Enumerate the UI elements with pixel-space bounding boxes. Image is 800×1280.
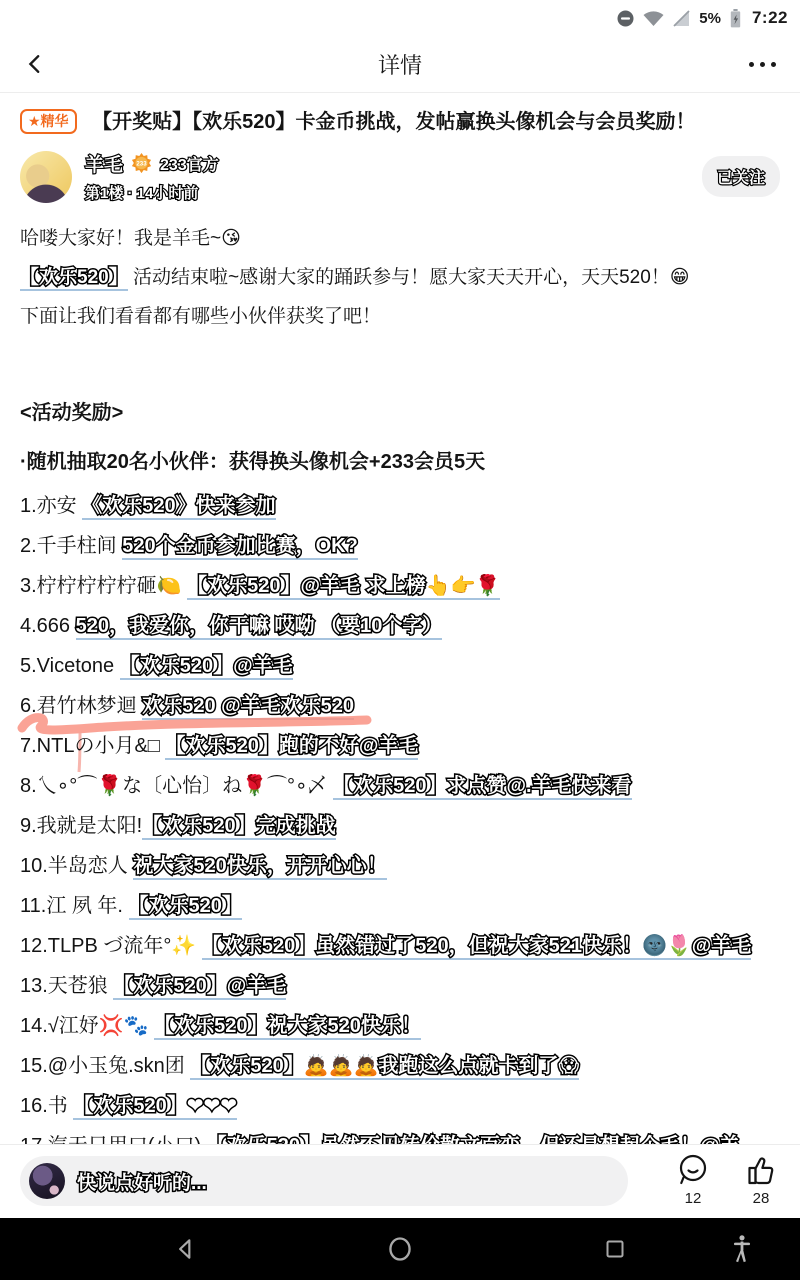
plain-text: 哈喽大家好！我是羊毛~😘: [20, 228, 241, 249]
plain-text: 6.君竹林梦迴: [20, 695, 142, 717]
winner-item: 11.江 夙 年. 【欢乐520】: [20, 886, 780, 926]
plain-text: 15.@小玉兔.skn团: [20, 1055, 190, 1077]
plain-text: 8.乀∘°⌒🌹な〔心怡〕ね🌹⌒°∘乄: [20, 775, 333, 797]
plain-text: 4.666: [20, 615, 76, 637]
winner-item: 1.亦安 《欢乐520》快来参加: [20, 486, 780, 526]
quoted-post-link[interactable]: 【欢乐520】@羊毛: [113, 975, 286, 1000]
post-body: 哈喽大家好！我是羊毛~😘【欢乐520】 活动结束啦~感谢大家的踊跃参与！愿大家天…: [20, 219, 780, 336]
my-avatar: [29, 1163, 65, 1199]
quoted-post-link[interactable]: 【欢乐520】🙇🙇🙇我跑这么点就卡到了😱: [190, 1055, 579, 1080]
battery-charging-icon: [730, 9, 741, 28]
winner-item: 5.Vicetone 【欢乐520】@羊毛: [20, 646, 780, 686]
plain-text: 1.亦安: [20, 495, 82, 517]
plain-text: 11.江 夙 年.: [20, 895, 129, 917]
quoted-post-link[interactable]: 【欢乐520】虽然错过了520，但祝大家521快乐！🌚🌷@羊毛: [202, 935, 751, 960]
author-avatar[interactable]: [20, 151, 72, 203]
quoted-post-link[interactable]: 【欢乐520】: [129, 895, 242, 920]
nav-back-button[interactable]: [155, 1218, 215, 1280]
quoted-post-link[interactable]: 520，我爱你，你干嘛 哎呦 （要10个字）: [76, 615, 443, 640]
status-bar: 5% 7:22: [0, 0, 800, 36]
nav-recents-button[interactable]: [585, 1218, 645, 1280]
plain-text: 10.半岛恋人: [20, 855, 133, 877]
post-detail: ★精华 【开奖贴】【欢乐520】卡金币挑战，发帖赢换头像机会与会员奖励！ 羊毛 …: [0, 93, 800, 1145]
app-header: 详情: [0, 36, 800, 93]
quoted-post-link[interactable]: 【欢乐520】@羊毛 求上榜👆👉🌹: [187, 575, 500, 600]
author-info: 羊毛 233 233官方 第1楼 · 14小时前: [85, 150, 219, 203]
back-icon: [24, 53, 46, 75]
plain-text: 2.千手柱间: [20, 535, 122, 557]
post-title-text: 【开奖贴】【欢乐520】卡金币挑战，发帖赢换头像机会与会员奖励！: [92, 111, 695, 133]
no-signal-icon: [673, 10, 690, 27]
overflow-dot: [760, 62, 765, 67]
comment-count: 12: [685, 1190, 702, 1207]
nav-accessibility-button[interactable]: [712, 1218, 772, 1280]
winner-item: 16.书 【欢乐520】❤❤❤: [20, 1086, 780, 1126]
plain-text: 16.书: [20, 1095, 73, 1117]
post-paragraph: 哈喽大家好！我是羊毛~😘: [20, 219, 780, 258]
comments-button[interactable]: 12: [670, 1153, 716, 1207]
follow-button[interactable]: 已关注: [702, 156, 780, 197]
comment-input[interactable]: 快说点好听的...: [20, 1156, 628, 1206]
more-menu-button[interactable]: [749, 56, 776, 73]
plain-text: 下面让我们看看都有哪些小伙伴获奖了吧！: [20, 306, 381, 327]
quoted-post-link[interactable]: 【欢乐520】@羊毛: [120, 655, 293, 680]
winner-item: 2.千手柱间 520个金币参加比赛，OK?: [20, 526, 780, 566]
overflow-dot: [749, 62, 754, 67]
post-paragraph: 【欢乐520】 活动结束啦~感谢大家的踊跃参与！愿大家天天开心，天天520！😁: [20, 258, 780, 297]
winner-item: 10.半岛恋人 祝大家520快乐，开开心心！: [20, 846, 780, 886]
like-button[interactable]: 28: [738, 1153, 784, 1207]
essence-badge: ★精华: [20, 109, 77, 134]
comment-bubble-icon: [676, 1153, 710, 1189]
back-icon: [172, 1236, 198, 1262]
quoted-post-link[interactable]: 【欢乐520】❤❤❤: [73, 1095, 237, 1120]
post-title: ★精华 【开奖贴】【欢乐520】卡金币挑战，发帖赢换头像机会与会员奖励！: [20, 107, 780, 137]
author-row: 羊毛 233 233官方 第1楼 · 14小时前 已关注: [20, 150, 780, 203]
quoted-post-link[interactable]: 【欢乐520】求点赞@.羊毛快来看: [333, 775, 631, 800]
plain-text: 13.天苍狼: [20, 975, 113, 997]
winner-item: 8.乀∘°⌒🌹な〔心怡〕ね🌹⌒°∘乄 【欢乐520】求点赞@.羊毛快来看: [20, 766, 780, 806]
like-count: 28: [753, 1190, 770, 1207]
winner-item: 6.君竹林梦迴 欢乐520 @羊毛欢乐520: [20, 686, 780, 726]
plain-text: 活动结束啦~感谢大家的踊跃参与！愿大家天天开心，天天520！😁: [128, 267, 690, 288]
home-icon: [386, 1235, 414, 1263]
section-heading: <活动奖励>: [20, 396, 780, 425]
page-title: 详情: [0, 49, 800, 80]
quoted-post-link[interactable]: 520个金币参加比赛，OK?: [122, 535, 358, 560]
quoted-post-link[interactable]: 【欢乐520】祝大家520快乐！: [154, 1015, 421, 1040]
quoted-post-link[interactable]: 《欢乐520》快来参加: [82, 495, 275, 520]
plain-text: 5.Vicetone: [20, 655, 120, 677]
floor-and-time: 第1楼 · 14小时前: [85, 182, 219, 203]
plain-text: 3.柠柠柠柠柠砸🍋: [20, 575, 187, 597]
android-nav-bar: [0, 1218, 800, 1280]
winner-item: 3.柠柠柠柠柠砸🍋 【欢乐520】@羊毛 求上榜👆👉🌹: [20, 566, 780, 606]
recents-icon: [603, 1237, 627, 1261]
winner-item: 14.√江妤💢🐾 【欢乐520】祝大家520快乐！: [20, 1006, 780, 1046]
svg-text:233: 233: [136, 160, 147, 167]
follow-button-label: 已关注: [717, 170, 765, 187]
quoted-post-link[interactable]: 【欢乐520】跑的不好@羊毛: [165, 735, 418, 760]
official-badge-icon: 233: [130, 152, 153, 175]
winner-item: 17.汽天只用口(小口) 【欢乐520】虽然不见转价散文百变，但还是想起个毛！@…: [20, 1126, 780, 1145]
quoted-post-link[interactable]: 【欢乐520】完成挑战: [142, 815, 335, 840]
section-subheading: ·随机抽取20名小伙伴：获得换头像机会+233会员5天: [20, 445, 780, 474]
quoted-post-link[interactable]: 欢乐520 @羊毛欢乐520: [142, 695, 354, 720]
winner-list: 1.亦安 《欢乐520》快来参加2.千手柱间 520个金币参加比赛，OK?3.柠…: [20, 486, 780, 1145]
official-badge-label: 233官方: [160, 152, 219, 175]
plain-text: 7.NTLの小月&□: [20, 735, 165, 757]
winner-item: 4.666 520，我爱你，你干嘛 哎呦 （要10个字）: [20, 606, 780, 646]
clock: 7:22: [752, 8, 788, 28]
nav-home-button[interactable]: [370, 1218, 430, 1280]
comment-placeholder: 快说点好听的...: [77, 1168, 207, 1195]
thumbs-up-icon: [745, 1153, 777, 1189]
winner-item: 7.NTLの小月&□ 【欢乐520】跑的不好@羊毛: [20, 726, 780, 766]
plain-text: 12.TLPB づ流年°✨: [20, 935, 202, 957]
accessibility-icon: [729, 1234, 755, 1264]
overflow-dot: [771, 62, 776, 67]
wifi-icon: [643, 10, 664, 26]
winner-item: 12.TLPB づ流年°✨ 【欢乐520】虽然错过了520，但祝大家521快乐！…: [20, 926, 780, 966]
quoted-post-link[interactable]: 【欢乐520】: [20, 267, 128, 291]
post-paragraph: 下面让我们看看都有哪些小伙伴获奖了吧！: [20, 297, 780, 336]
winner-item: 9.我就是太阳!【欢乐520】完成挑战: [20, 806, 780, 846]
do-not-disturb-icon: [617, 10, 634, 27]
plain-text: 14.√江妤💢🐾: [20, 1015, 154, 1037]
winner-item: 15.@小玉兔.skn团 【欢乐520】🙇🙇🙇我跑这么点就卡到了😱: [20, 1046, 780, 1086]
quoted-post-link[interactable]: 祝大家520快乐，开开心心！: [133, 855, 386, 880]
author-name[interactable]: 羊毛: [85, 150, 123, 177]
comment-bar: 快说点好听的... 12 28: [0, 1144, 800, 1218]
battery-percent: 5%: [699, 10, 721, 27]
winner-item: 13.天苍狼 【欢乐520】@羊毛: [20, 966, 780, 1006]
plain-text: 9.我就是太阳!: [20, 815, 142, 837]
back-button[interactable]: [24, 49, 54, 79]
